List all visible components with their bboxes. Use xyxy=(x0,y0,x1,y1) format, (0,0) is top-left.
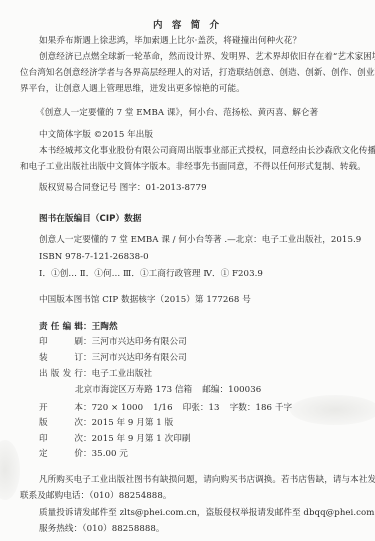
authorization-line2: 和电子工业出版社出版中文简体字版本。非经事先书面同意，不得以任何形式复制、转载。 xyxy=(20,162,366,173)
price-label: 定价 xyxy=(39,449,83,460)
intro-para2-line3: 界平台，让创意人遇上管理思维，迸发出更多惊艳的可能。 xyxy=(20,84,245,95)
binding-value: 三河市兴达印务有限公司 xyxy=(92,353,187,363)
cip-record-number: 中国版本图书馆 CIP 数据核字（2015）第 177268 号 xyxy=(39,295,251,306)
format-value: 720 × 1000 xyxy=(92,403,143,413)
format-fraction: 1/16 xyxy=(153,403,173,413)
editor-value: 王陶然 xyxy=(92,322,118,332)
colophon-publisher: 出版发行：电子工业出版社 xyxy=(39,369,152,380)
colophon-binding: 装订：三河市兴达印务有限公司 xyxy=(39,353,187,364)
scan-smudge xyxy=(0,440,20,500)
format-words: 字数：186 千字 xyxy=(230,403,293,413)
notice-line1: 凡所购买电子工业出版社图书有缺损问题，请向购买书店调换。若书店售缺，请与本社发行… xyxy=(39,475,375,486)
impression-label: 印次 xyxy=(39,434,83,445)
format-label: 开本 xyxy=(39,403,83,414)
intro-para2-line1: 创意经济已点燃全球新一轮革命，然而设计界、发明界、艺术界却依旧存在着“艺术家困境… xyxy=(39,52,375,63)
edition-label: 版次 xyxy=(39,418,83,429)
intro-para2-line2: 位台湾知名创意经济学者与各界高层经理人的对话，打造联结创意、创造、创新、创作、创… xyxy=(20,68,375,79)
format-sheets: 印张：13 xyxy=(183,403,220,413)
colophon-printing: 印刷：三河市兴达印务有限公司 xyxy=(39,337,187,348)
colophon-price: 定价：35.00 元 xyxy=(39,449,128,460)
colophon-address: 北京市海淀区万寿路 173 信箱邮编：100036 xyxy=(75,385,261,396)
publisher-value: 电子工业出版社 xyxy=(92,369,153,379)
intro-title: 内 容 简 介 xyxy=(0,17,375,31)
colophon-editor: 责任编辑：王陶然 xyxy=(39,322,118,333)
cip-line-classification: Ⅰ．①创… Ⅱ．①何… Ⅲ．①工商行政管理 Ⅳ．① F203.9 xyxy=(39,269,263,280)
address-value: 北京市海淀区万寿路 173 信箱 xyxy=(75,385,192,395)
intro-para1: 如果乔布斯遇上徐悲鸿，毕加索遇上比尔·盖茨，将碰撞出何种火花？ xyxy=(39,36,301,47)
cip-line-isbn: ISBN 978-7-121-26838-0 xyxy=(39,252,149,263)
book-title-line: 《创意人一定要懂的 7 堂 EMBA 课》，何小台、范扬松、黄丙喜、解仑著 xyxy=(36,108,318,119)
publisher-label: 出版发行 xyxy=(39,369,83,380)
scan-smudge xyxy=(290,395,375,425)
colophon-format: 开本：720 × 10001/16印张：13字数：186 千字 xyxy=(39,403,292,414)
cip-heading: 图书在版编目（CIP）数据 xyxy=(39,214,141,225)
impression-value: 2015 年 9 月第 1 次印刷 xyxy=(92,434,191,444)
edition-value: 2015 年 9 月第 1 版 xyxy=(92,418,174,428)
editor-label: 责任编辑 xyxy=(39,322,83,333)
colophon-edition: 版次：2015 年 9 月第 1 版 xyxy=(39,418,173,429)
complaint-email-line: 质量投诉请发邮件至 zlts@phei.com.cn，盗版侵权举报请发邮件至 d… xyxy=(39,508,375,519)
service-hotline: 服务热线：（010）88258888。 xyxy=(39,524,165,535)
authorization-line1: 本书经城邦文化事业股份有限公司商周出版事业部正式授权，同意经由长沙森欣文化传播有… xyxy=(39,146,375,157)
printing-label: 印刷 xyxy=(39,337,83,348)
edition-line: 中文简体字版 ©2015 年出版 xyxy=(39,130,153,141)
colophon-impression: 印次：2015 年 9 月第 1 次印刷 xyxy=(39,434,191,445)
copyright-registration: 版权贸易合同登记号 图字：01-2013-8779 xyxy=(39,183,207,194)
cip-line-title: 创意人一定要懂的 7 堂 EMBA 课 / 何小台等著 .—北京：电子工业出版社… xyxy=(39,235,361,246)
printing-value: 三河市兴达印务有限公司 xyxy=(92,337,187,347)
postcode-value: 邮编：100036 xyxy=(202,385,261,395)
binding-label: 装订 xyxy=(39,353,83,364)
notice-line2: 联系及邮购电话：（010）88254888。 xyxy=(20,491,171,502)
price-value: 35.00 元 xyxy=(92,449,128,459)
